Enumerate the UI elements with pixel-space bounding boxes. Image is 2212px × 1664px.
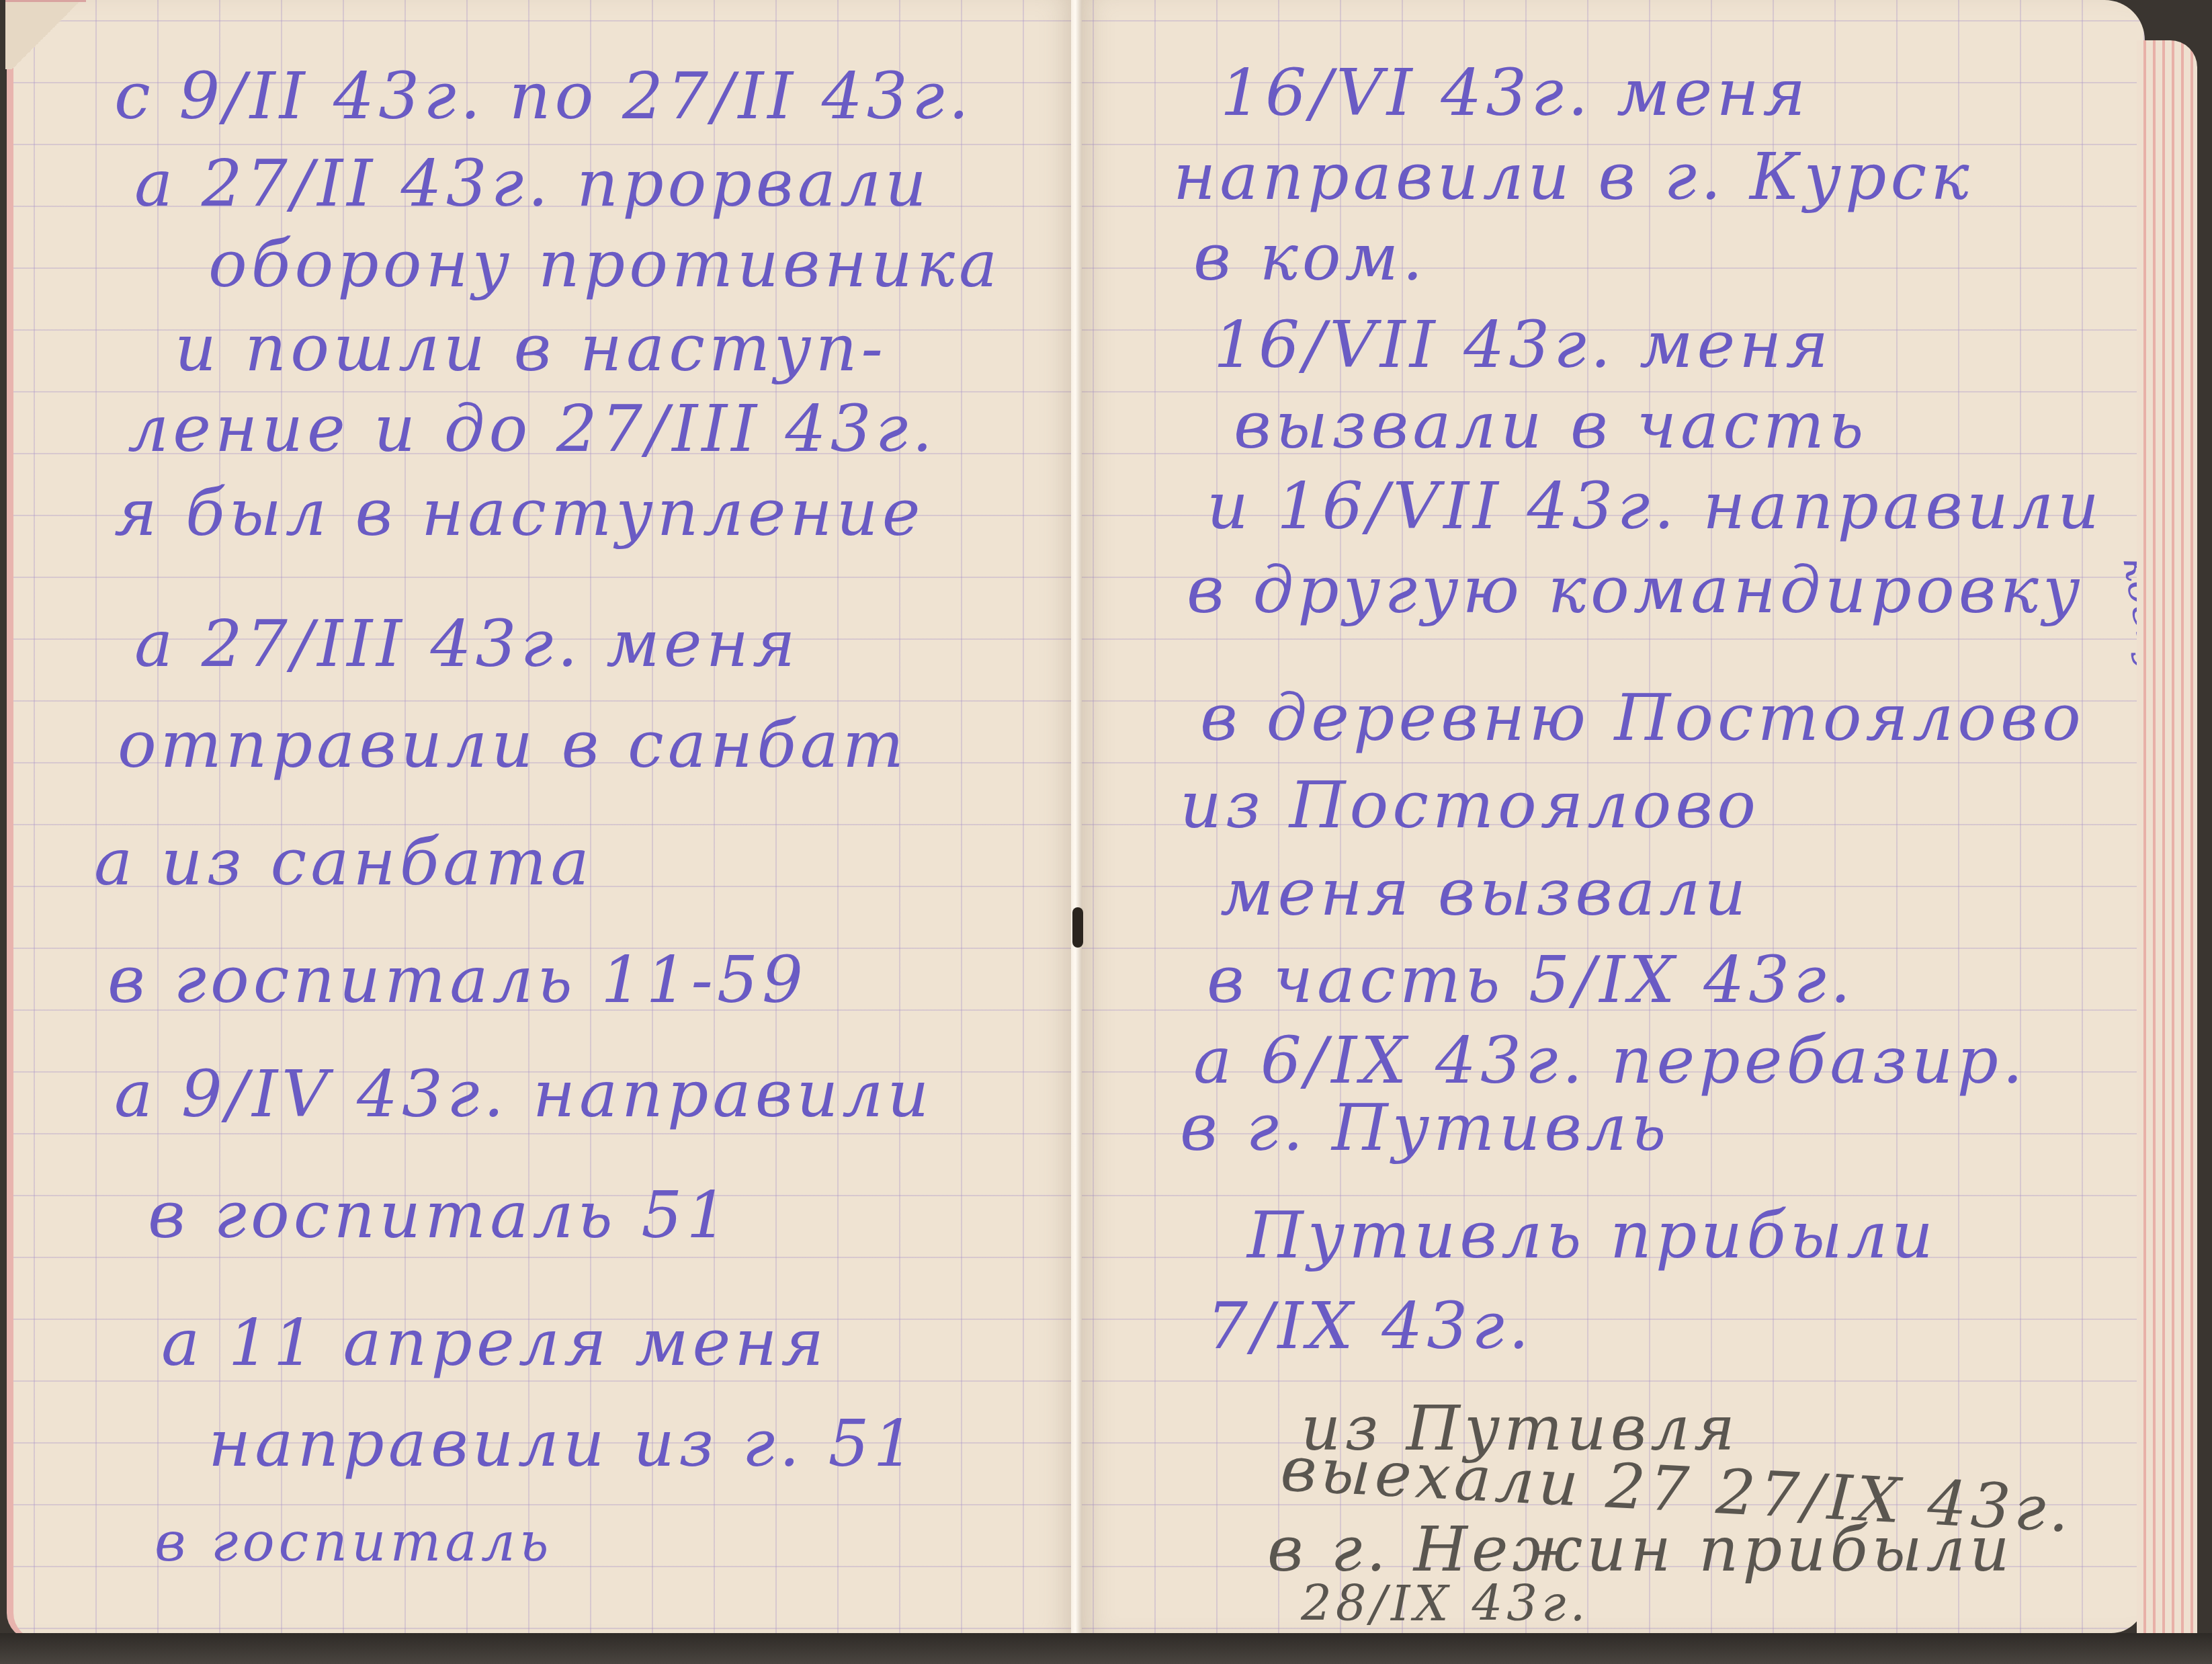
left-page: с 9/II 43г. по 27/II 43г. а 27/II 43г. п…: [7, 0, 1075, 1640]
right-line-7: в другую командировку: [1187, 558, 2084, 622]
pencil-line-4: 28/IX 43г.: [1301, 1579, 1589, 1628]
right-line-5: вызвали в часть: [1234, 393, 1867, 458]
folded-corner: [5, 0, 86, 69]
left-line-12: в госпиталь 51: [148, 1183, 731, 1247]
bottom-edge-shadow: [0, 1633, 2212, 1664]
left-line-10: в госпиталь 11-59: [108, 948, 807, 1012]
left-line-5: ление и до 27/III 43г.: [128, 397, 937, 461]
right-line-10: меня вызвали: [1220, 860, 1750, 925]
left-line-4: и пошли в наступ-: [175, 316, 887, 380]
left-line-15: в госпиталь: [155, 1515, 552, 1569]
left-line-11: а 9/IV 43г. направили: [114, 1062, 933, 1126]
left-line-1: с 9/II 43г. по 27/II 43г.: [114, 64, 973, 128]
right-page: 16/VI 43г. меня направили в г. Курск в к…: [1079, 0, 2145, 1633]
left-line-14: направили из г. 51: [208, 1411, 919, 1476]
pencil-line-3: в г. Нежин прибыли: [1267, 1519, 2013, 1581]
binding-gutter: [1071, 0, 1082, 1640]
left-line-2: а 27/II 43г. прорвали: [134, 151, 931, 216]
struck-word: Путивль: [1332, 1090, 1670, 1165]
left-line-13: а 11 апреля меня: [161, 1311, 828, 1375]
page-edges: [2137, 40, 2197, 1640]
right-line-13: в г. Путивль: [1180, 1095, 1670, 1160]
right-line-1: 16/VI 43г. меня: [1220, 60, 1810, 125]
right-line-9: из Постоялово: [1180, 773, 1760, 837]
right-line-11: в часть 5/IX 43г.: [1207, 948, 1855, 1012]
right-line-15: 7/IX 43г.: [1207, 1294, 1533, 1358]
right-line-3: в ком.: [1193, 225, 1427, 290]
left-line-6: я был в наступление: [114, 481, 924, 545]
right-line-14: Путивль прибыли: [1247, 1203, 1937, 1267]
staple: [1072, 907, 1083, 948]
left-line-8: отправили в санбат: [118, 712, 908, 777]
right-line-12: а 6/IX 43г. перебазир.: [1193, 1028, 2027, 1093]
right-line-6: и 16/VII 43г. направили: [1207, 474, 2103, 538]
right-line-8: в деревню Постоялово: [1200, 685, 2085, 750]
left-line-7: а 27/III 43г. меня: [134, 612, 799, 676]
notebook-spread: с 9/II 43г. по 27/II 43г. а 27/II 43г. п…: [0, 0, 2212, 1664]
left-line-9: а из санбата: [94, 830, 593, 895]
left-line-3: оборону противника: [208, 232, 1001, 296]
right-line-13-prefix: в г.: [1180, 1090, 1332, 1165]
right-line-4: 16/VII 43г. меня: [1214, 313, 1832, 377]
right-line-2: направили в г. Курск: [1173, 144, 1973, 209]
